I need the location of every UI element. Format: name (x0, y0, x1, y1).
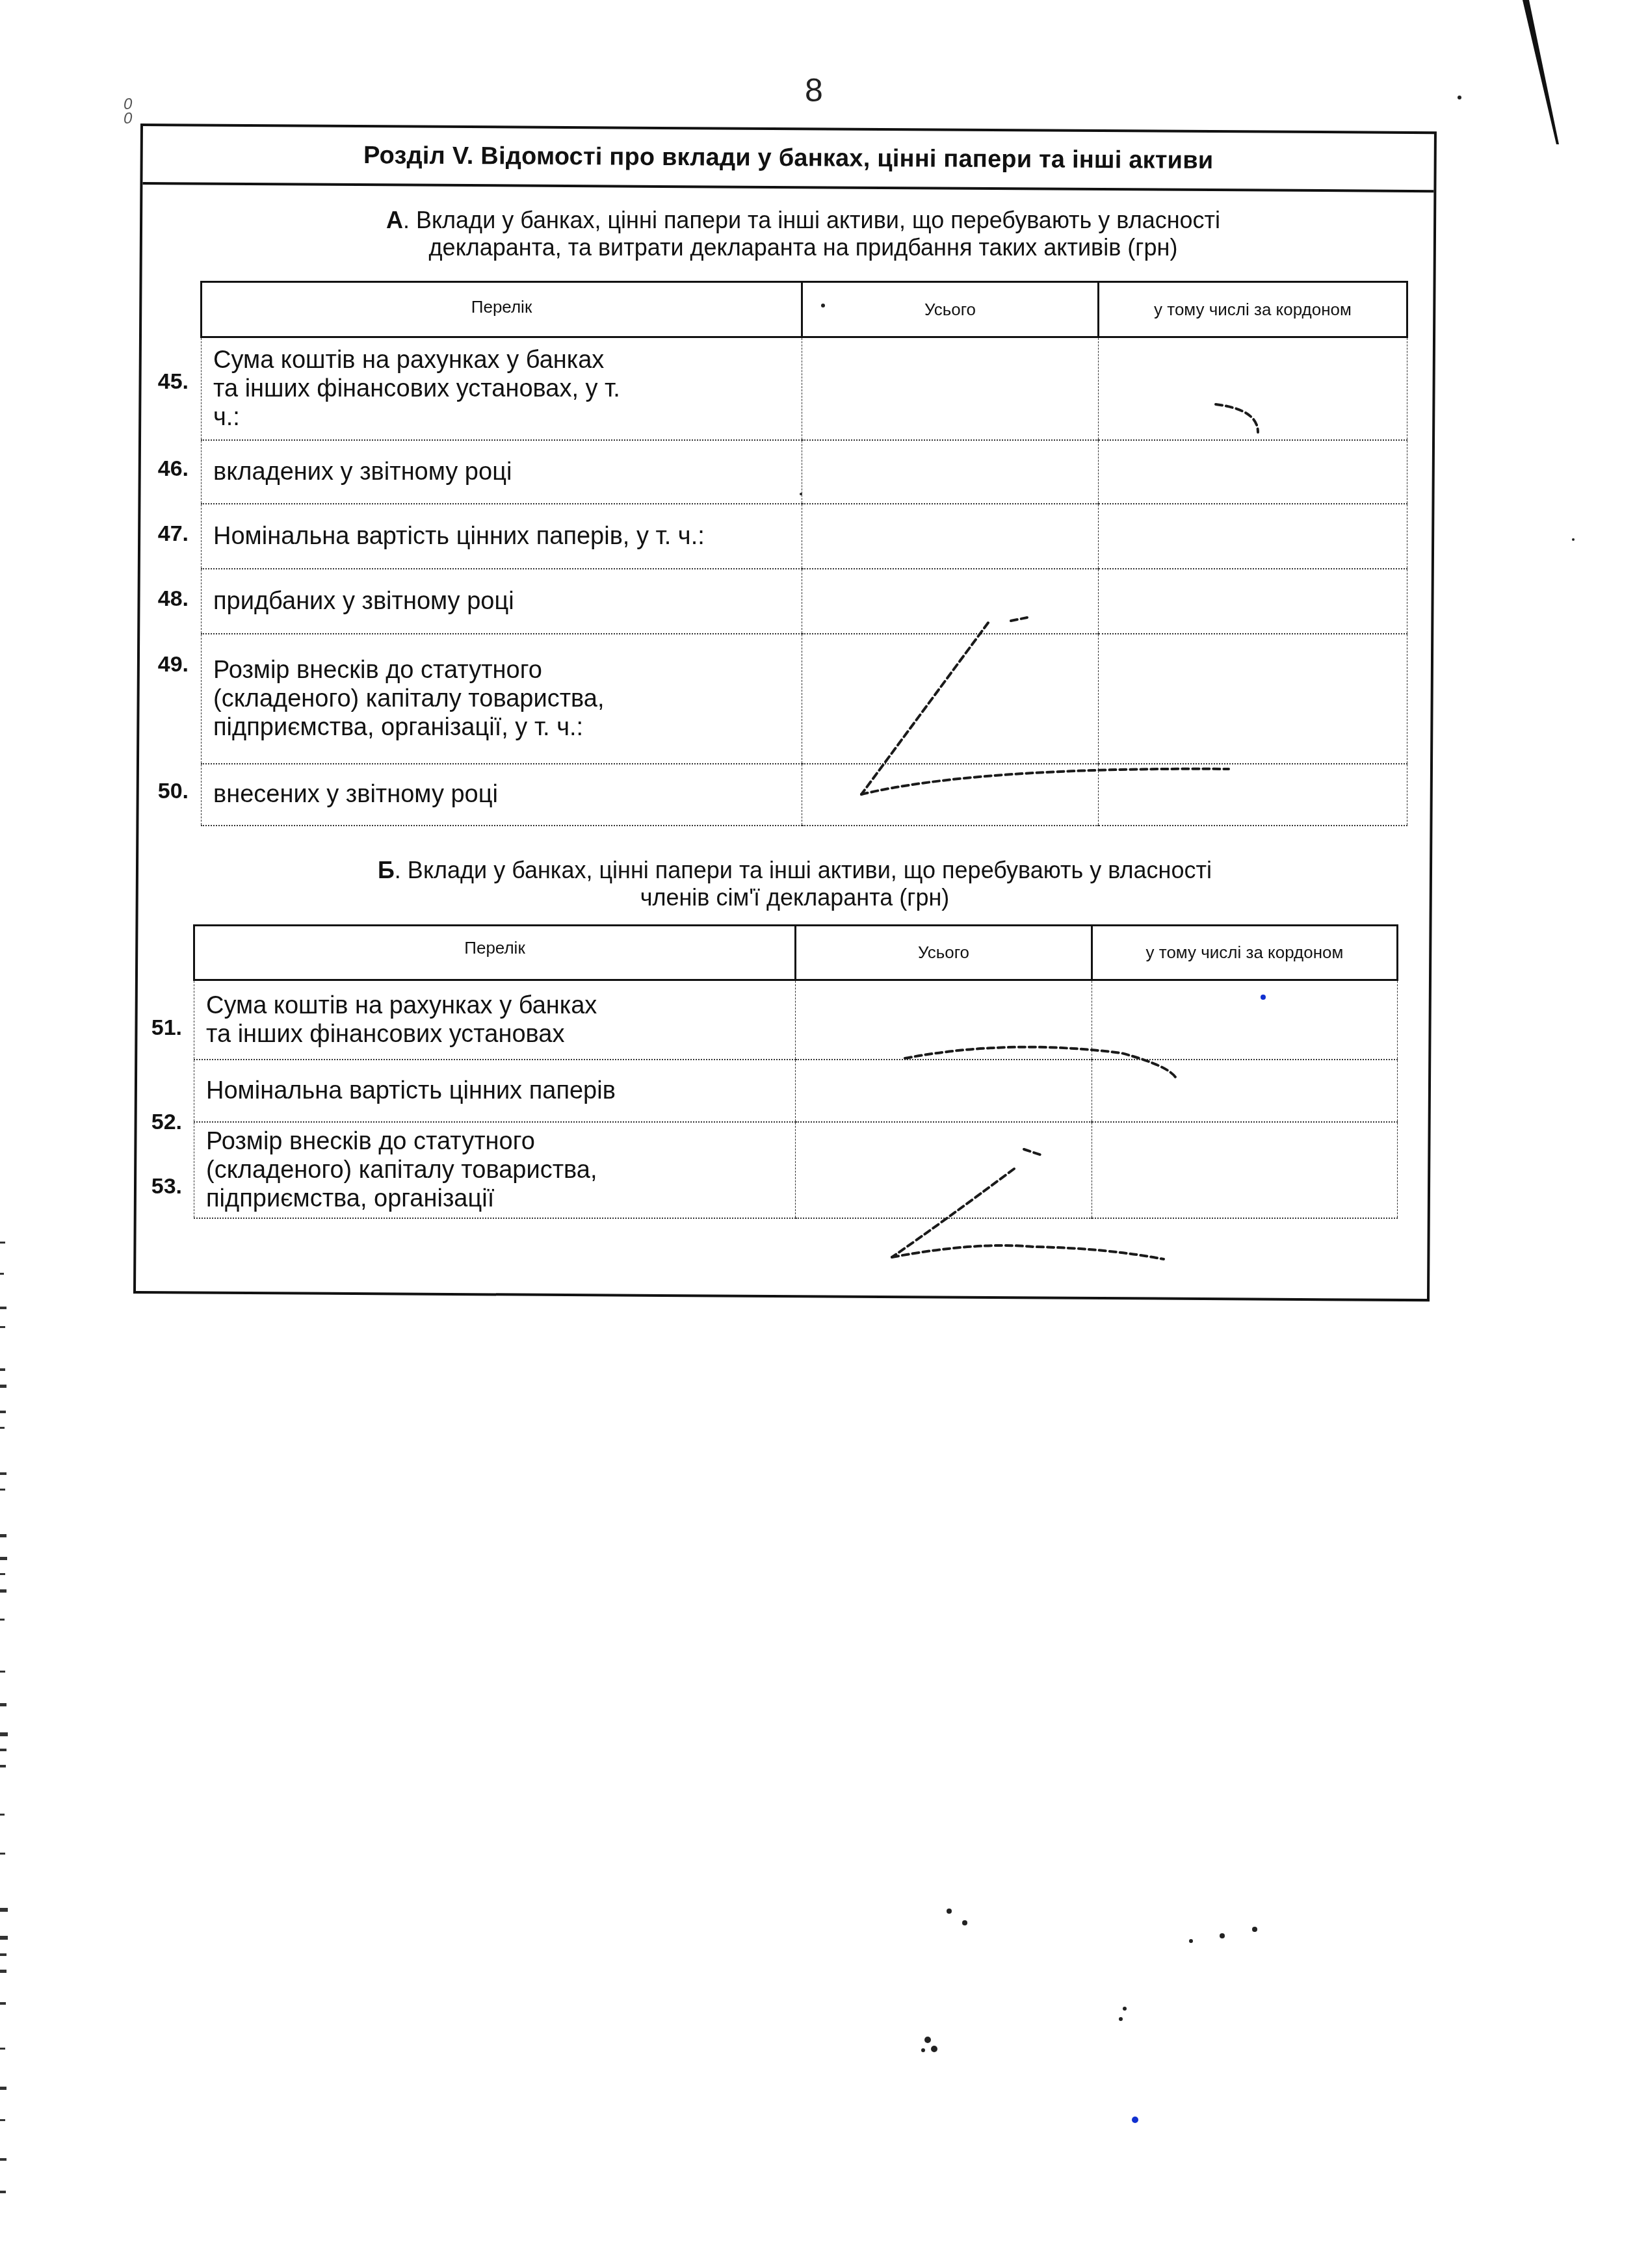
total-value-cell[interactable] (802, 440, 1099, 504)
abroad-value-cell[interactable] (1099, 569, 1407, 634)
abroad-value-cell[interactable] (1099, 337, 1407, 440)
part-a-heading: А. Вклади у банках, цінні папери та інші… (200, 207, 1406, 261)
total-value-cell[interactable] (796, 980, 1092, 1060)
row-number: 50. (143, 779, 189, 804)
row-label: Номінальна вартість цінних паперів (194, 1060, 796, 1122)
part-a-header-row: Перелік Усього у тому числі за кордоном (202, 282, 1407, 337)
table-row: Розмір внесків до статутного (складеного… (202, 634, 1407, 764)
part-a-heading-line1: А. Вклади у банках, цінні папери та інші… (200, 207, 1406, 234)
scan-edge-stroke (1521, 0, 1560, 150)
row-label: Розмір внесків до статутного (складеного… (202, 634, 802, 764)
section-title-band: Розділ V. Відомості про вклади у банках,… (142, 126, 1434, 192)
row-number: 47. (143, 521, 189, 547)
row-number: 46. (143, 456, 189, 482)
row-label: Сума коштів на рахунках у банках та інши… (202, 337, 802, 440)
abroad-value-cell[interactable] (1099, 440, 1407, 504)
total-value-cell[interactable] (802, 337, 1099, 440)
abroad-value-cell[interactable] (1099, 634, 1407, 764)
total-value-cell[interactable] (802, 504, 1099, 569)
part-b-table: Перелік Усього у тому числі за кордоном … (193, 924, 1398, 1219)
total-value-cell[interactable] (796, 1122, 1092, 1218)
page-number: 8 (805, 72, 823, 109)
table-row: вкладених у звітному році (202, 440, 1407, 504)
table-row: Сума коштів на рахунках у банках та інши… (194, 980, 1398, 1060)
total-value-cell[interactable] (802, 634, 1099, 764)
part-b-header-row: Перелік Усього у тому числі за кордоном (194, 926, 1398, 980)
column-header-total: Усього (796, 926, 1092, 980)
row-number: 49. (143, 652, 189, 677)
row-number: 48. (143, 586, 189, 612)
table-row: Номінальна вартість цінних паперів, у т.… (202, 504, 1407, 569)
row-label: Розмір внесків до статутного (складеного… (194, 1122, 796, 1218)
total-value-cell[interactable] (796, 1060, 1092, 1122)
part-b-heading: Б. Вклади у банках, цінні папери та інші… (193, 857, 1396, 911)
row-label: вкладених у звітному році (202, 440, 802, 504)
table-row: Розмір внесків до статутного (складеного… (194, 1122, 1398, 1218)
abroad-value-cell[interactable] (1092, 1060, 1398, 1122)
part-a-heading-line2: декларанта, та витрати декларанта на при… (200, 234, 1406, 261)
table-row: внесених у звітному році (202, 764, 1407, 826)
column-header-abroad: у тому числі за кордоном (1092, 926, 1398, 980)
table-row: Номінальна вартість цінних паперів (194, 1060, 1398, 1122)
column-header-list: Перелік (194, 926, 796, 980)
table-row: Сума коштів на рахунках у банках та інши… (202, 337, 1407, 440)
row-number: 53. (137, 1174, 182, 1199)
part-b-heading-line1: Б. Вклади у банках, цінні папери та інші… (193, 857, 1396, 884)
section-title: Розділ V. Відомості про вклади у банках,… (363, 142, 1214, 175)
table-row: придбаних у звітному році (202, 569, 1407, 634)
abroad-value-cell[interactable] (1092, 1122, 1398, 1218)
total-value-cell[interactable] (802, 764, 1099, 826)
abroad-value-cell[interactable] (1099, 504, 1407, 569)
row-label: внесених у звітному році (202, 764, 802, 826)
row-label: придбаних у звітному році (202, 569, 802, 634)
part-a-table: Перелік Усього у тому числі за кордоном … (200, 281, 1408, 826)
part-b-heading-line2: членів сім'ї декларанта (грн) (193, 884, 1396, 911)
abroad-value-cell[interactable] (1099, 764, 1407, 826)
row-label: Сума коштів на рахунках у банках та інши… (194, 980, 796, 1060)
corner-mark: 0 0 (124, 98, 132, 126)
row-number: 45. (143, 369, 189, 395)
row-number: 52. (137, 1110, 182, 1135)
column-header-list: Перелік (202, 282, 802, 337)
part-b-letter: Б (378, 857, 395, 883)
abroad-value-cell[interactable] (1092, 980, 1398, 1060)
column-header-total: Усього (802, 282, 1099, 337)
column-header-abroad: у тому числі за кордоном (1099, 282, 1407, 337)
row-number: 51. (137, 1015, 182, 1041)
row-label: Номінальна вартість цінних паперів, у т.… (202, 504, 802, 569)
part-a-letter: А (386, 207, 403, 233)
total-value-cell[interactable] (802, 569, 1099, 634)
